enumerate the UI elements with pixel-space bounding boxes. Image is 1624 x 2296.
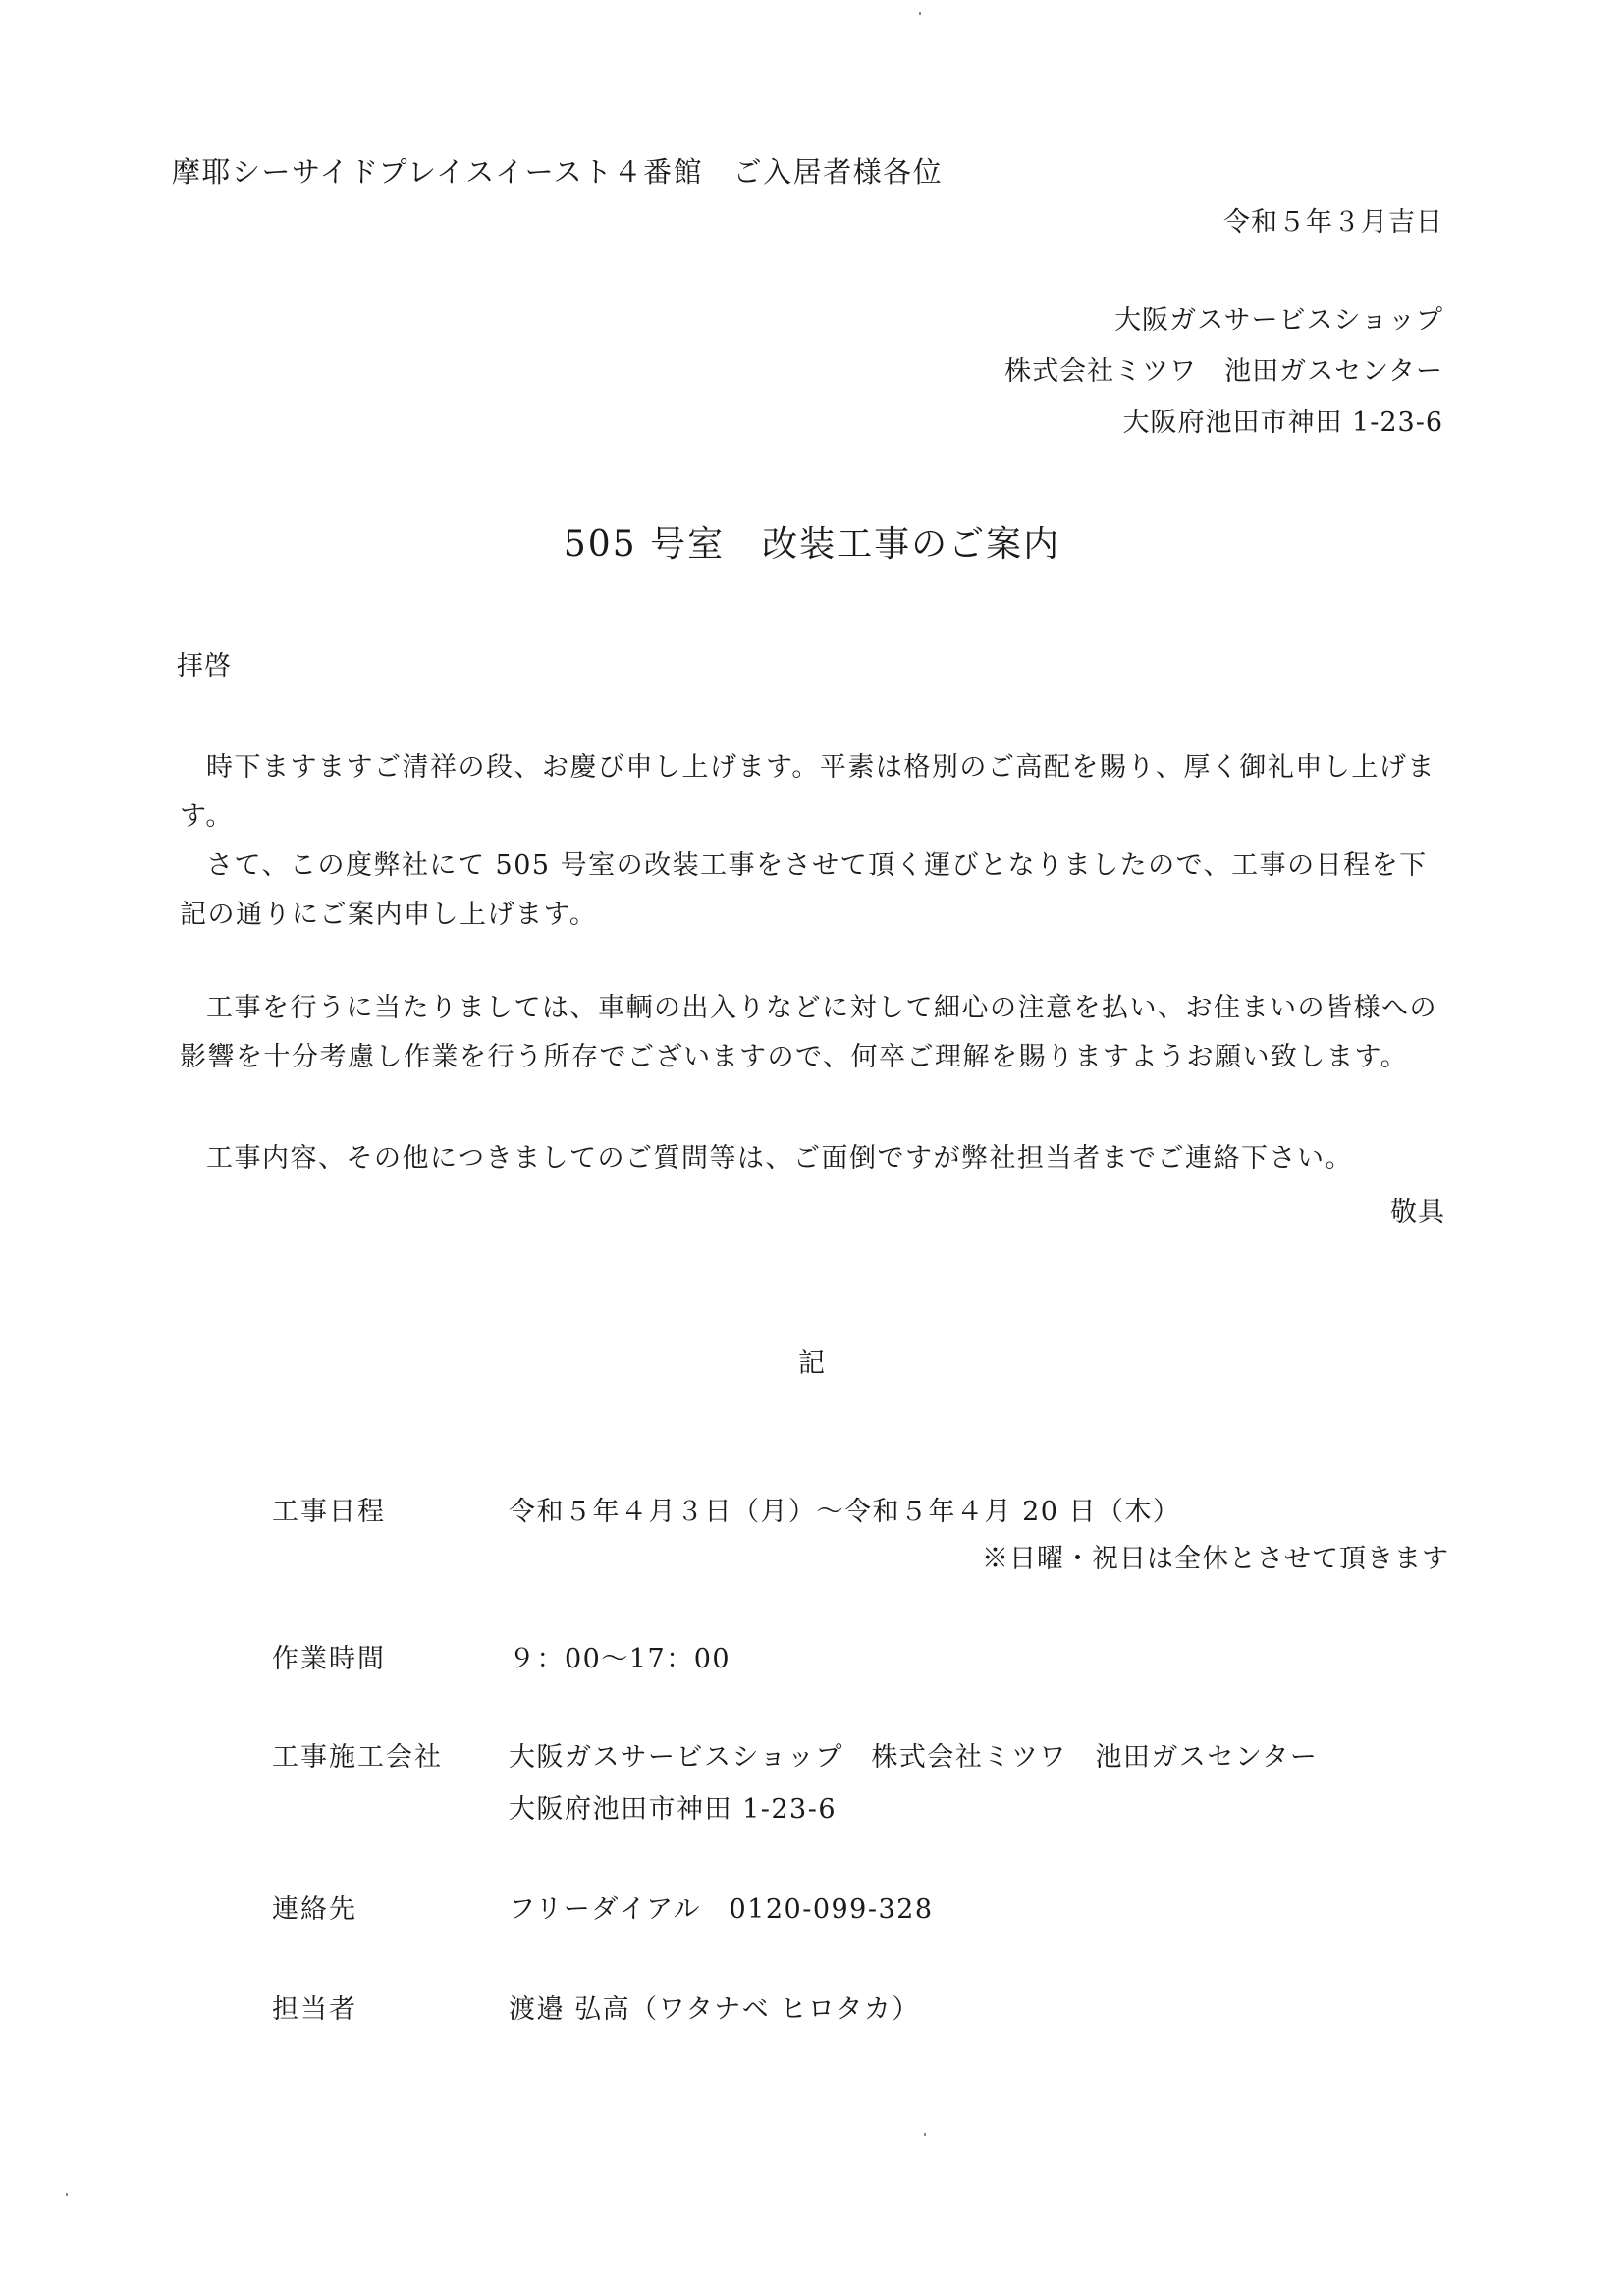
paragraph-text: 工事内容、その他につきましてのご質問等は、ご面倒ですが弊社担当者までご連絡下さい… <box>206 1143 1353 1174</box>
paragraph-text: 工事を行うに当たりましては、車輌の出入りなどに対して細心の注意を払い、お住まいの… <box>180 993 1437 1072</box>
scan-artifact <box>924 2133 926 2136</box>
detail-note: ※日曜・祝日は全休とさせて頂きます <box>982 1543 1449 1576</box>
detail-value: 渡邉 弘高（ワタナベ ヒロタカ） <box>509 1994 920 2027</box>
detail-value-address: 大阪府池田市神田 1-23-6 <box>509 1793 837 1827</box>
detail-label: 工事施工会社 <box>272 1741 443 1775</box>
detail-label: 担当者 <box>272 1994 357 2027</box>
sender-shop-name: 大阪ガスサービスショップ <box>1114 304 1443 338</box>
body-paragraph-1: 時下ますますご清祥の段、お慶び申し上げます。平素は格別のご高配を賜り、厚く御礼申… <box>180 743 1446 842</box>
detail-label: 連絡先 <box>272 1893 357 1927</box>
detail-label: 作業時間 <box>272 1643 386 1676</box>
document-title: 505 号室 改装工事のご案内 <box>0 523 1624 567</box>
sender-address: 大阪府池田市神田 1-23-6 <box>1122 407 1443 440</box>
detail-value: フリーダイアル 0120-099-328 <box>509 1893 934 1927</box>
scan-artifact <box>919 12 921 15</box>
ki-heading: 記 <box>0 1347 1624 1381</box>
scan-artifact <box>66 2193 68 2196</box>
issue-date: 令和５年３月吉日 <box>1223 206 1443 240</box>
body-paragraph-4: 工事内容、その他につきましてのご質問等は、ご面倒ですが弊社担当者までご連絡下さい… <box>180 1134 1446 1183</box>
opening-salutation: 拝啓 <box>177 650 232 683</box>
detail-value: 大阪ガスサービスショップ 株式会社ミツワ 池田ガスセンター <box>509 1741 1318 1775</box>
paragraph-text: さて、この度弊社にて 505 号室の改装工事をさせて頂く運びとなりましたので、工… <box>180 850 1428 930</box>
detail-value: ９：00～17：00 <box>509 1643 731 1676</box>
recipient-line: 摩耶シーサイドプレイスイースト４番館 ご入居者様各位 <box>172 155 943 189</box>
detail-value: 令和５年４月３日（月）～令和５年４月 20 日（木） <box>509 1496 1181 1529</box>
body-paragraph-3: 工事を行うに当たりましては、車輌の出入りなどに対して細心の注意を払い、お住まいの… <box>180 984 1446 1082</box>
sender-company-name: 株式会社ミツワ 池田ガスセンター <box>1004 355 1443 389</box>
paragraph-text: 時下ますますご清祥の段、お慶び申し上げます。平素は格別のご高配を賜り、厚く御礼申… <box>180 752 1435 832</box>
closing-salutation: 敬具 <box>1390 1196 1445 1230</box>
detail-label: 工事日程 <box>272 1496 386 1529</box>
body-paragraph-2: さて、この度弊社にて 505 号室の改装工事をさせて頂く運びとなりましたので、工… <box>180 842 1446 940</box>
